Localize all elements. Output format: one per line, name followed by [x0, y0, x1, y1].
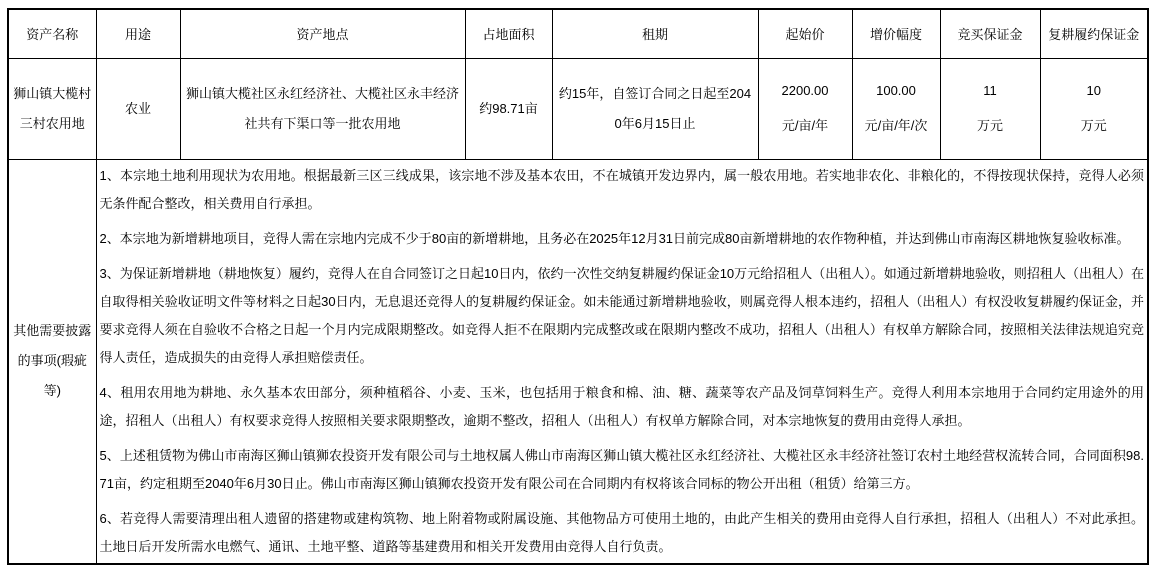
cell-usage: 农业	[96, 58, 180, 159]
disclosure-item-3: 3、为保证新增耕地（耕地恢复）履约，竞得人在自合同签订之日起10日内，依约一次性…	[100, 260, 1145, 372]
asset-disclosure-sheet: 资产名称 用途 资产地点 占地面积 租期 起始价 增价幅度 竞买保证金 复耕履约…	[0, 0, 1155, 568]
header-area: 占地面积	[465, 9, 552, 58]
cell-recultivation-deposit: 10 万元	[1040, 58, 1148, 159]
asset-data-row: 狮山镇大榄村三村农用地 农业 狮山镇大榄社区永红经济社、大榄社区永丰经济社共有下…	[8, 58, 1148, 159]
disclosure-item-1: 1、本宗地土地利用现状为农用地。根据最新三区三线成果，该宗地不涉及基本农田，不在…	[100, 162, 1145, 218]
header-asset-name: 资产名称	[8, 9, 96, 58]
increment-unit: 元/亩/年/次	[856, 117, 937, 135]
bid-deposit-value: 11	[944, 82, 1037, 100]
start-price-value: 2200.00	[762, 82, 849, 100]
disclosure-label: 其他需要披露的事项(瑕疵等)	[8, 159, 96, 564]
bid-deposit-unit: 万元	[944, 117, 1037, 135]
disclosure-item-5: 5、上述租赁物为佛山市南海区狮山镇狮农投资开发有限公司与土地权属人佛山市南海区狮…	[100, 442, 1145, 498]
recultivation-deposit-value: 10	[1044, 82, 1145, 100]
disclosure-item-2: 2、本宗地为新增耕地项目，竞得人需在宗地内完成不少于80亩的新增耕地，且务必在2…	[100, 225, 1145, 253]
header-recultivation-deposit: 复耕履约保证金	[1040, 9, 1148, 58]
disclosure-item-4: 4、租用农用地为耕地、永久基本农田部分，须种植稻谷、小麦、玉米，也包括用于粮食和…	[100, 379, 1145, 435]
disclosure-row: 其他需要披露的事项(瑕疵等) 1、本宗地土地利用现状为农用地。根据最新三区三线成…	[8, 159, 1148, 564]
header-start-price: 起始价	[758, 9, 852, 58]
increment-value: 100.00	[856, 82, 937, 100]
header-bid-deposit: 竞买保证金	[940, 9, 1040, 58]
header-lease-term: 租期	[552, 9, 758, 58]
header-usage: 用途	[96, 9, 180, 58]
disclosure-content: 1、本宗地土地利用现状为农用地。根据最新三区三线成果，该宗地不涉及基本农田，不在…	[96, 159, 1148, 564]
cell-bid-deposit: 11 万元	[940, 58, 1040, 159]
table-header-row: 资产名称 用途 资产地点 占地面积 租期 起始价 增价幅度 竞买保证金 复耕履约…	[8, 9, 1148, 58]
header-location: 资产地点	[180, 9, 465, 58]
recultivation-deposit-unit: 万元	[1044, 117, 1145, 135]
cell-lease-term: 约15年，自签订合同之日起至2040年6月15日止	[552, 58, 758, 159]
cell-area: 约98.71亩	[465, 58, 552, 159]
cell-start-price: 2200.00 元/亩/年	[758, 58, 852, 159]
start-price-unit: 元/亩/年	[762, 117, 849, 135]
header-increment: 增价幅度	[852, 9, 940, 58]
cell-increment: 100.00 元/亩/年/次	[852, 58, 940, 159]
disclosure-item-6: 6、若竞得人需要清理出租人遗留的搭建物或建构筑物、地上附着物或附属设施、其他物品…	[100, 505, 1145, 561]
cell-asset-name: 狮山镇大榄村三村农用地	[8, 58, 96, 159]
asset-table: 资产名称 用途 资产地点 占地面积 租期 起始价 增价幅度 竞买保证金 复耕履约…	[7, 8, 1149, 565]
cell-location: 狮山镇大榄社区永红经济社、大榄社区永丰经济社共有下渠口等一批农用地	[180, 58, 465, 159]
